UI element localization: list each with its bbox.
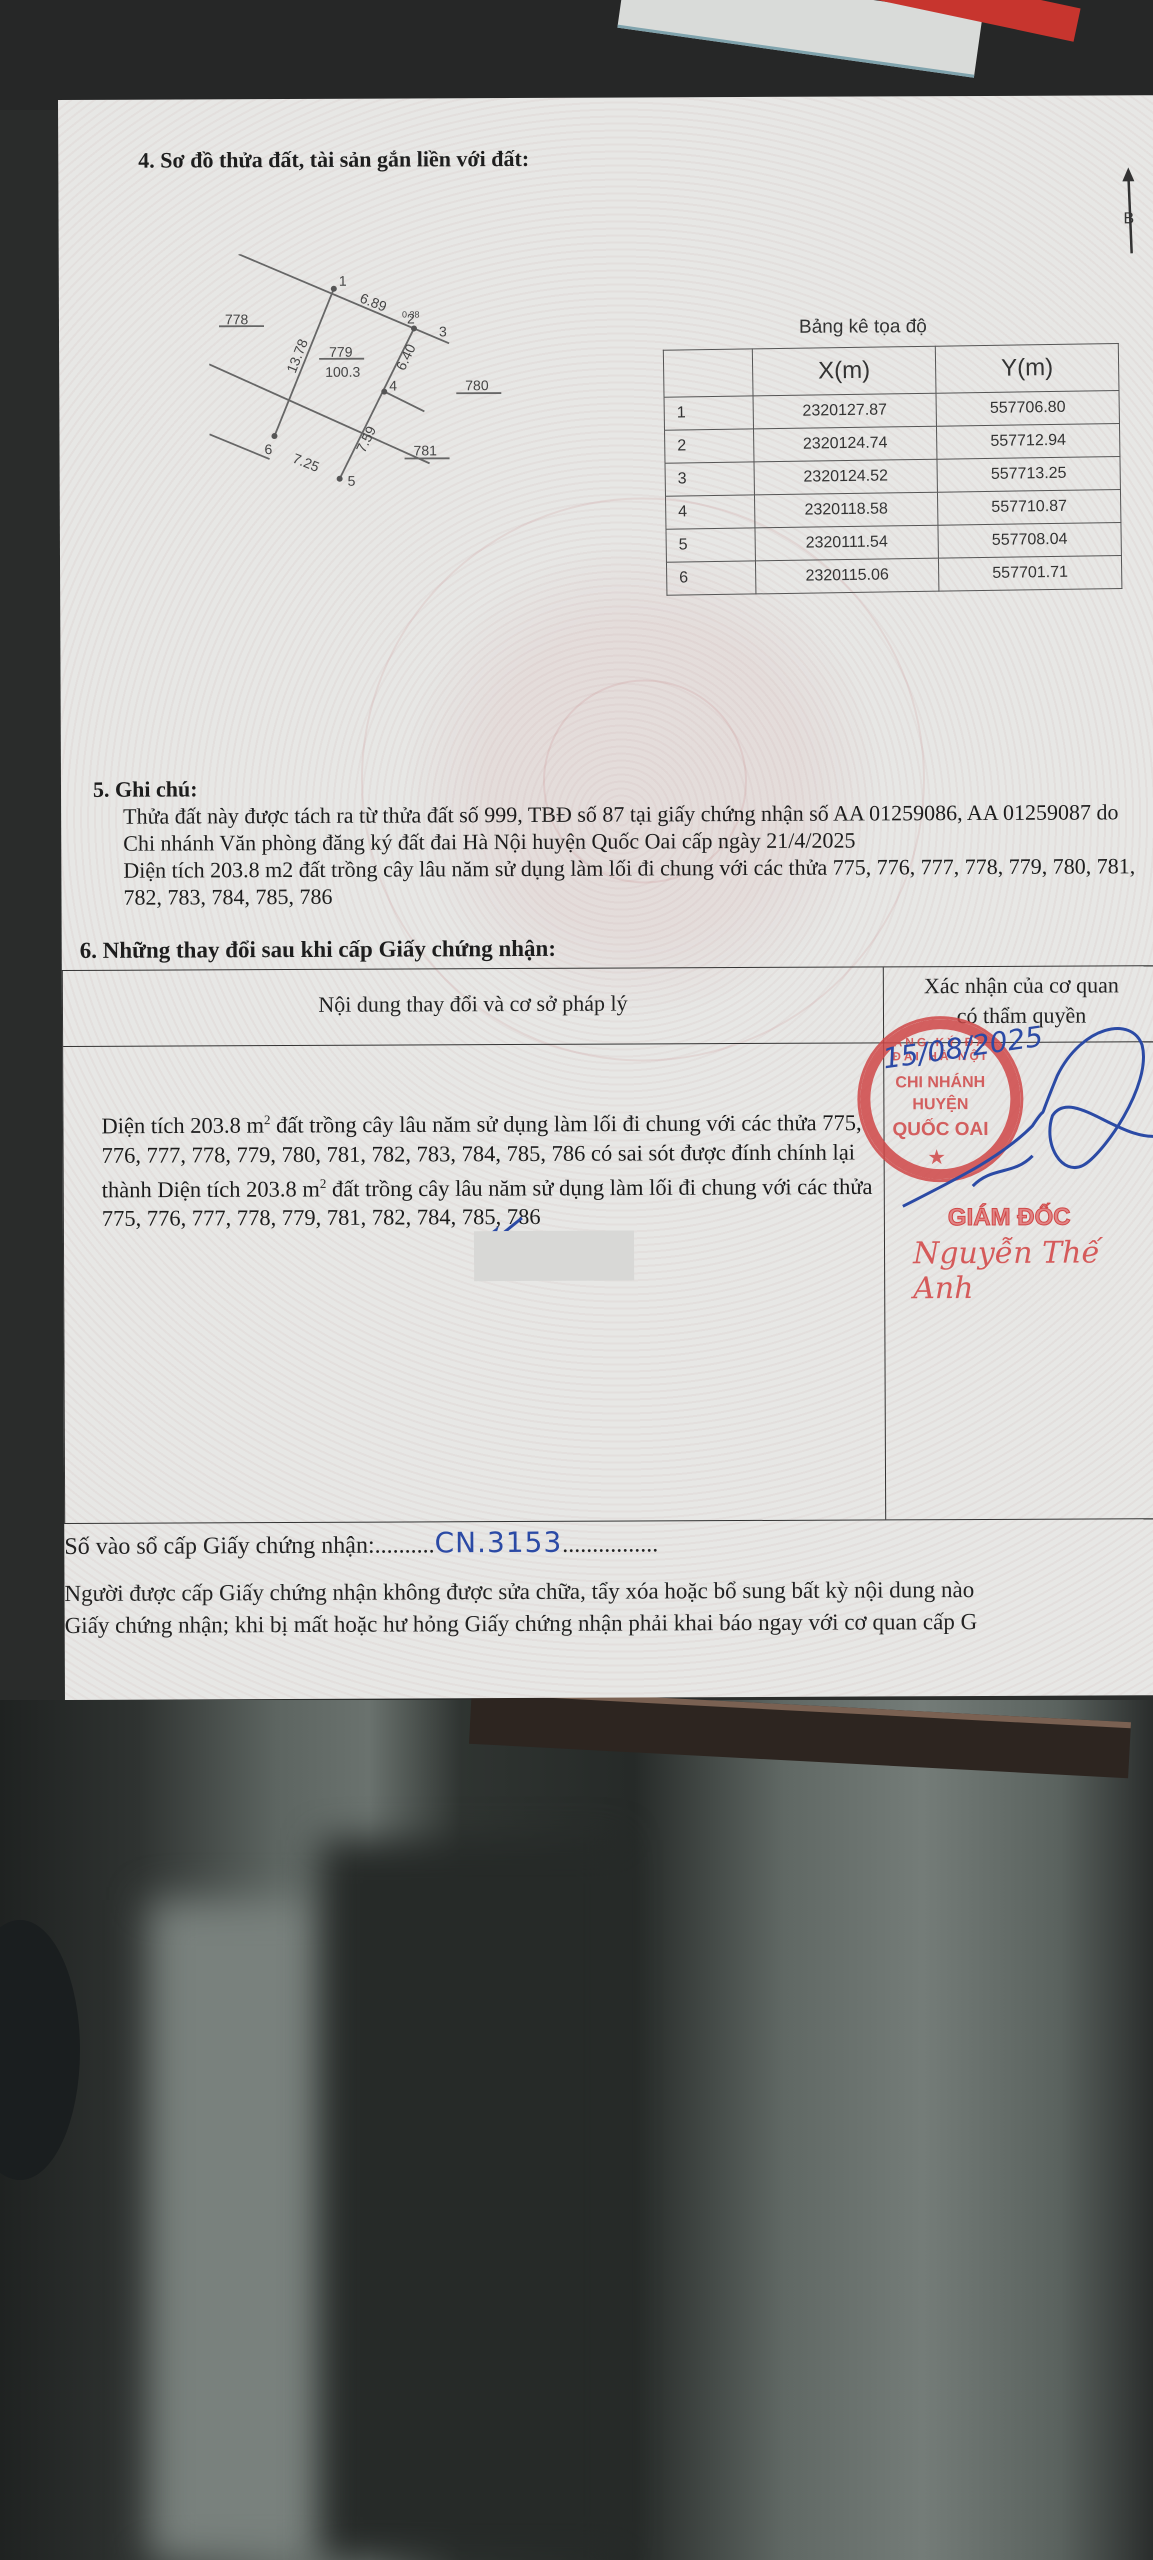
signer-name: Nguyễn Thế Anh (913, 1235, 1153, 1306)
change-text-part1: Diện tích 203.8 m (101, 1113, 264, 1139)
warning-line2: Giấy chứng nhận; khi bị mất hoặc hư hỏng… (65, 1605, 1153, 1642)
changes-header-content: Nội dung thay đổi và cơ sở pháp lý (63, 989, 883, 1019)
background-shadow (320, 1840, 620, 2560)
coord-cell-y: 557712.94 (936, 423, 1119, 459)
svg-text:5: 5 (348, 473, 356, 489)
section6-title: 6. Những thay đổi sau khi cấp Giấy chứng… (80, 936, 556, 964)
signer-title: GIÁM ĐỐC (948, 1204, 1071, 1233)
coord-cell-x: 2320124.74 (754, 426, 937, 462)
book-number-value: CN.3153 (435, 1526, 563, 1560)
svg-text:781: 781 (413, 442, 437, 458)
signature (882, 1015, 1153, 1216)
svg-text:7.25: 7.25 (290, 450, 321, 475)
coord-cell-x: 2320124.52 (754, 459, 937, 495)
note-paragraph-1: Thửa đất này được tách ra từ thửa đất số… (93, 798, 1143, 857)
coordinate-table-title: Bảng kê tọa độ (799, 316, 927, 339)
coord-cell-y: 557701.71 (938, 555, 1121, 591)
svg-text:6: 6 (264, 441, 272, 457)
coord-cell-x: 2320115.06 (755, 558, 938, 594)
north-arrow-icon: B (1116, 165, 1146, 255)
coord-header-x: X(m) (752, 346, 936, 396)
coord-row: 62320115.06557701.71 (666, 555, 1121, 595)
svg-text:1: 1 (339, 273, 347, 289)
coord-cell-x: 2320118.58 (754, 492, 937, 528)
note-paragraph-2: Diện tích 203.8 m2 đất trồng cây lâu năm… (93, 852, 1143, 911)
svg-text:780: 780 (465, 377, 489, 393)
book-number-label: Số vào sổ cấp Giấy chứng nhận: (64, 1533, 374, 1560)
coord-cell-y: 557713.25 (937, 456, 1120, 492)
confirmation-header-line1: Xác nhận của cơ quan (885, 970, 1153, 1001)
coord-cell-y: 557710.87 (937, 489, 1120, 525)
coord-cell-point: 6 (666, 561, 755, 595)
coord-cell-point: 4 (665, 495, 754, 529)
background-light-patch (150, 1900, 330, 2560)
coord-cell-y: 557706.80 (936, 390, 1119, 426)
warning-line1: Người được cấp Giấy chứng nhận không đượ… (64, 1573, 1153, 1610)
coord-cell-x: 2320127.87 (753, 393, 936, 429)
svg-text:100.3: 100.3 (325, 364, 360, 380)
coord-cell-point: 3 (665, 462, 754, 496)
coord-cell-point: 5 (666, 528, 755, 562)
svg-text:3: 3 (439, 323, 447, 339)
coord-cell-x: 2320111.54 (755, 525, 938, 561)
coord-header-point (663, 349, 753, 397)
land-certificate-page: 4. Sơ đồ thửa đất, tài sản gắn liền với … (58, 95, 1153, 1700)
svg-text:778: 778 (225, 311, 249, 327)
warning-text: Người được cấp Giấy chứng nhận không đượ… (64, 1573, 1153, 1642)
dots: ................ (562, 1531, 658, 1557)
parcel-sketch: 778 780 781 779 100.3 1 2 3 4 5 6 6.89 0… (209, 253, 610, 575)
dots: .......... (375, 1532, 435, 1558)
book-number-line: Số vào sổ cấp Giấy chứng nhận:..........… (64, 1525, 658, 1561)
svg-text:779: 779 (329, 344, 353, 360)
coord-cell-point: 2 (665, 429, 754, 463)
coord-cell-point: 1 (664, 396, 753, 430)
svg-text:6.40: 6.40 (392, 341, 418, 373)
coord-cell-y: 557708.04 (938, 522, 1121, 558)
svg-text:4: 4 (389, 378, 397, 394)
coord-header-y: Y(m) (935, 344, 1119, 394)
redacted-area (474, 1230, 634, 1281)
section5-notes: 5. Ghi chú: Thửa đất này được tách ra từ… (93, 771, 1144, 911)
svg-text:B: B (1123, 210, 1134, 227)
section4-title: 4. Sơ đồ thửa đất, tài sản gắn liền với … (138, 146, 529, 174)
svg-text:0.38: 0.38 (402, 309, 420, 319)
coordinate-table: X(m) Y(m) 12320127.87557706.8022320124.7… (663, 343, 1123, 596)
